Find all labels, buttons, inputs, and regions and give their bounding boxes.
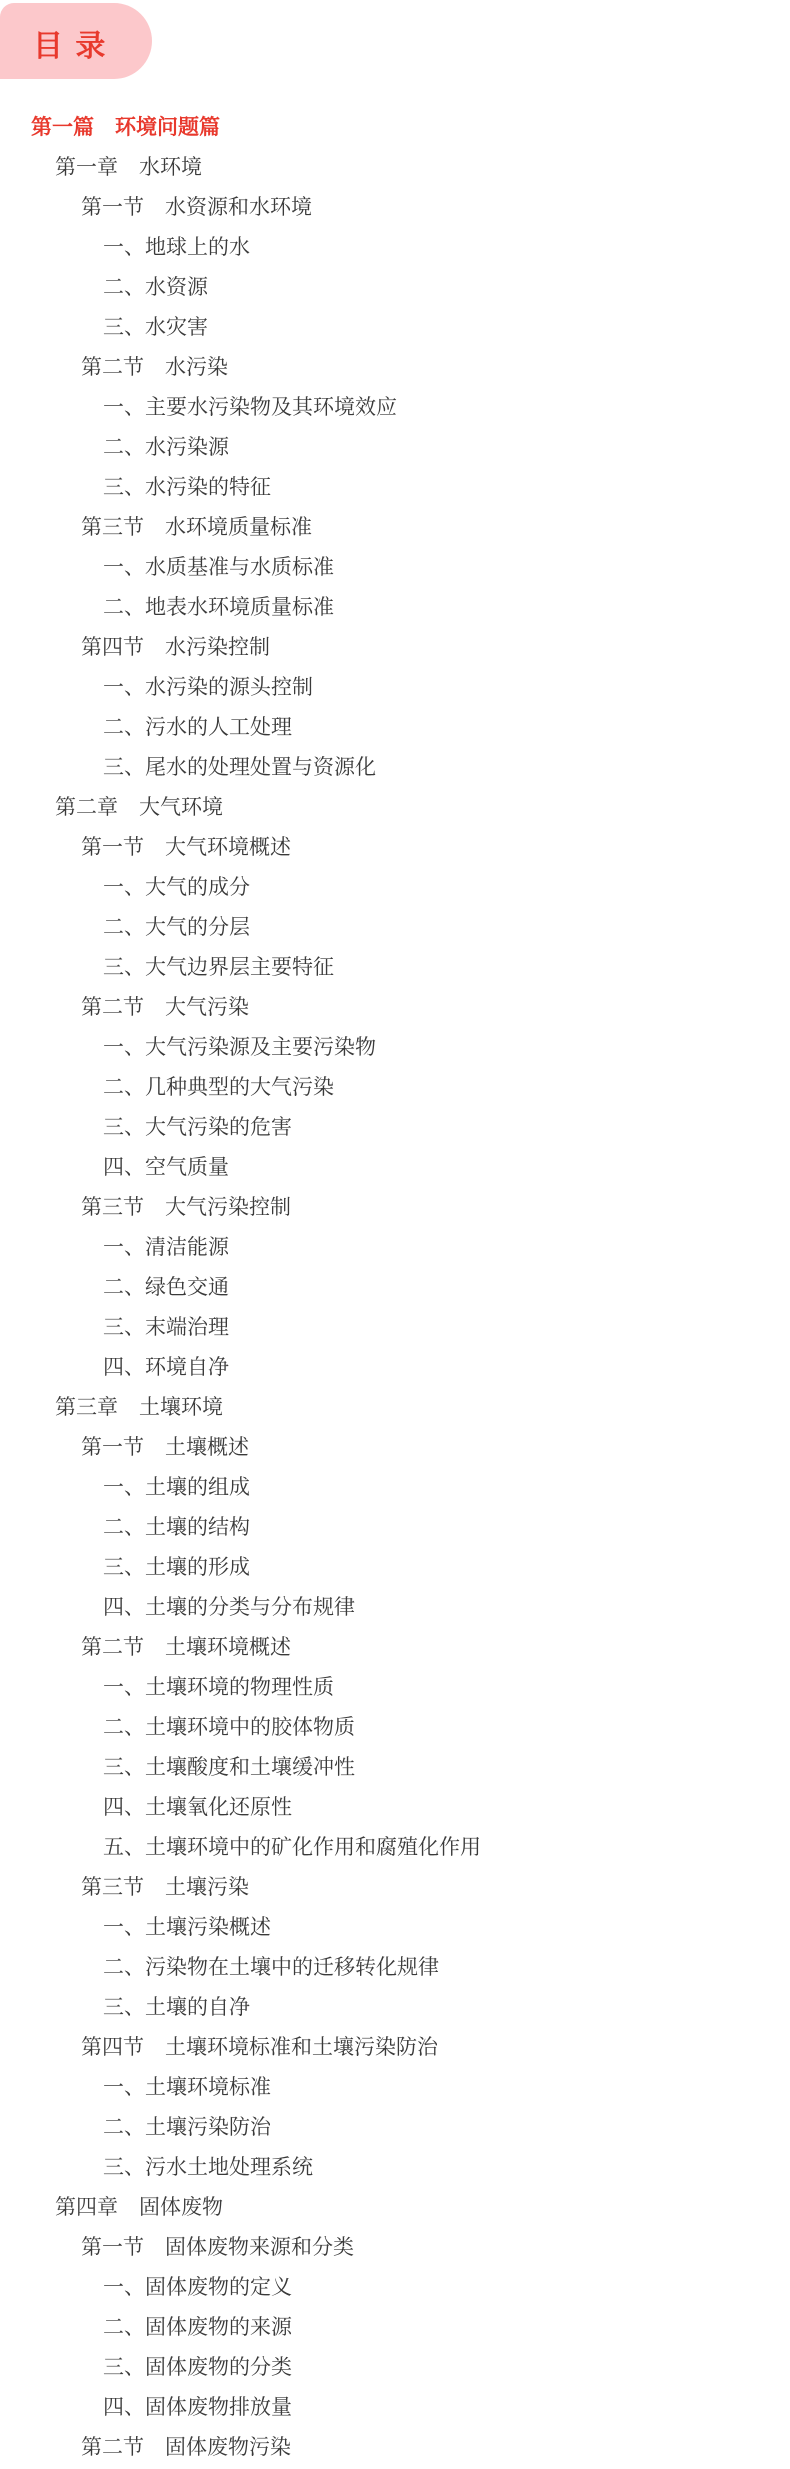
toc-header-badge: 目 录 — [0, 3, 152, 79]
toc-entry-item: 二、大气的分层 — [0, 908, 790, 948]
toc-entry-item: 一、水污染的源头控制 — [0, 668, 790, 708]
toc-entry-chapter: 第四章 固体废物 — [0, 2188, 790, 2228]
toc-entry-item: 三、土壤酸度和土壤缓冲性 — [0, 1748, 790, 1788]
toc-entry-item: 四、土壤的分类与分布规律 — [0, 1588, 790, 1628]
toc-entry-section: 第三节 水环境质量标准 — [0, 508, 790, 548]
toc-entry-item: 四、土壤氧化还原性 — [0, 1788, 790, 1828]
toc-entry-section: 第一节 土壤概述 — [0, 1428, 790, 1468]
toc-entry-section: 第三节 土壤污染 — [0, 1868, 790, 1908]
toc-entry-item: 一、水质基准与水质标准 — [0, 548, 790, 588]
toc-entry-item: 四、环境自净 — [0, 1348, 790, 1388]
toc-entry-item: 二、水污染源 — [0, 428, 790, 468]
toc-entry-section: 第三节 大气污染控制 — [0, 1188, 790, 1228]
toc-entry-item: 二、土壤污染防治 — [0, 2108, 790, 2148]
toc-entry-item: 一、清洁能源 — [0, 1228, 790, 1268]
toc-entry-item: 二、污水的人工处理 — [0, 708, 790, 748]
toc-entry-item: 三、土壤的形成 — [0, 1548, 790, 1588]
toc-entry-section: 第二节 土壤环境概述 — [0, 1628, 790, 1668]
toc-entry-item: 三、土壤的自净 — [0, 1988, 790, 2028]
toc-entry-section: 第二节 大气污染 — [0, 988, 790, 1028]
toc-entry-item: 一、土壤环境的物理性质 — [0, 1668, 790, 1708]
toc-entry-chapter: 第二章 大气环境 — [0, 788, 790, 828]
toc-entry-item: 二、固体废物的来源 — [0, 2308, 790, 2348]
toc-entry-item: 一、主要水污染物及其环境效应 — [0, 388, 790, 428]
toc-entry-item: 一、土壤的组成 — [0, 1468, 790, 1508]
toc-entry-item: 一、地球上的水 — [0, 228, 790, 268]
toc-entry-item: 三、大气污染的危害 — [0, 1108, 790, 1148]
toc-entry-item: 二、几种典型的大气污染 — [0, 1068, 790, 1108]
toc-entry-item: 三、污水土地处理系统 — [0, 2148, 790, 2188]
toc-entry-item: 一、固体废物的定义 — [0, 2268, 790, 2308]
toc-list: 第一篇 环境问题篇第一章 水环境第一节 水资源和水环境一、地球上的水二、水资源三… — [0, 108, 790, 2468]
toc-entry-item: 三、水污染的特征 — [0, 468, 790, 508]
toc-entry-section: 第四节 土壤环境标准和土壤污染防治 — [0, 2028, 790, 2068]
toc-entry-chapter: 第一章 水环境 — [0, 148, 790, 188]
toc-entry-section: 第二节 水污染 — [0, 348, 790, 388]
toc-entry-section: 第一节 固体废物来源和分类 — [0, 2228, 790, 2268]
toc-entry-item: 五、土壤环境中的矿化作用和腐殖化作用 — [0, 1828, 790, 1868]
toc-entry-item: 三、水灾害 — [0, 308, 790, 348]
toc-entry-item: 三、大气边界层主要特征 — [0, 948, 790, 988]
page-title: 目 录 — [33, 21, 107, 65]
toc-entry-item: 一、土壤环境标准 — [0, 2068, 790, 2108]
toc-entry-part: 第一篇 环境问题篇 — [0, 108, 790, 148]
toc-entry-section: 第二节 固体废物污染 — [0, 2428, 790, 2468]
toc-entry-item: 三、末端治理 — [0, 1308, 790, 1348]
toc-entry-item: 四、固体废物排放量 — [0, 2388, 790, 2428]
toc-entry-chapter: 第三章 土壤环境 — [0, 1388, 790, 1428]
toc-entry-item: 二、土壤环境中的胶体物质 — [0, 1708, 790, 1748]
toc-entry-item: 二、地表水环境质量标准 — [0, 588, 790, 628]
toc-entry-item: 二、水资源 — [0, 268, 790, 308]
toc-entry-item: 二、绿色交通 — [0, 1268, 790, 1308]
toc-entry-item: 一、大气的成分 — [0, 868, 790, 908]
toc-entry-section: 第一节 水资源和水环境 — [0, 188, 790, 228]
toc-entry-item: 二、污染物在土壤中的迁移转化规律 — [0, 1948, 790, 1988]
toc-entry-item: 四、空气质量 — [0, 1148, 790, 1188]
toc-entry-item: 三、固体废物的分类 — [0, 2348, 790, 2388]
toc-entry-section: 第四节 水污染控制 — [0, 628, 790, 668]
toc-entry-item: 一、大气污染源及主要污染物 — [0, 1028, 790, 1068]
toc-entry-item: 三、尾水的处理处置与资源化 — [0, 748, 790, 788]
toc-entry-item: 二、土壤的结构 — [0, 1508, 790, 1548]
toc-entry-item: 一、土壤污染概述 — [0, 1908, 790, 1948]
toc-entry-section: 第一节 大气环境概述 — [0, 828, 790, 868]
